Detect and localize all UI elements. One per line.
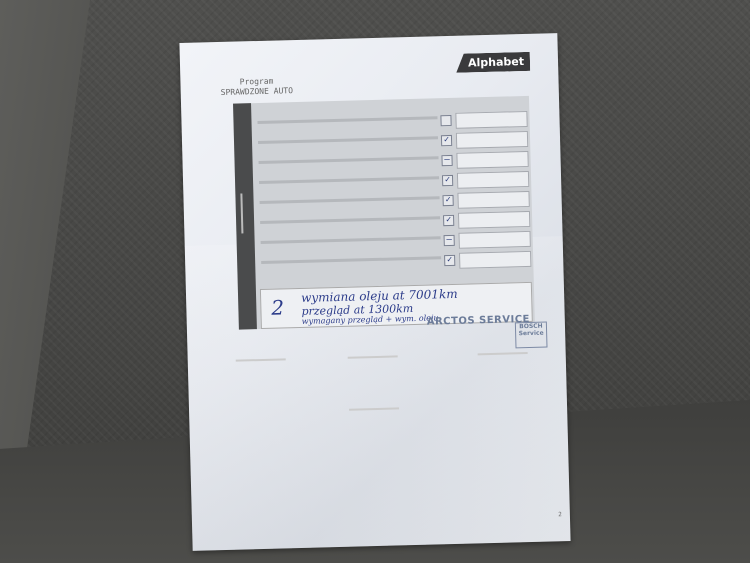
row-text	[261, 236, 441, 244]
service-stamp: ARCTOS SERVICE BOSCH Service	[427, 314, 548, 357]
row-checkbox: ✓	[441, 135, 452, 146]
row-checkbox: —	[444, 235, 455, 246]
program-title-line2: SPRAWDZONE AUTO	[221, 86, 293, 98]
badge-line-2: Service	[516, 330, 546, 338]
row-text	[260, 196, 440, 204]
row-checkbox: ✓	[442, 195, 453, 206]
bosch-service-badge: BOSCH Service	[515, 322, 548, 349]
row-checkbox: ✓	[443, 215, 454, 226]
service-form-paper: Alphabet Program SPRAWDZONE AUTO ✓ — ✓ ✓…	[179, 33, 570, 551]
row-checkbox: ✓	[442, 175, 453, 186]
row-comment-box	[457, 171, 529, 189]
row-text	[259, 156, 439, 164]
row-comment-box	[456, 151, 528, 169]
row-text	[260, 216, 440, 224]
page-number: 2	[558, 511, 562, 518]
alphabet-logo: Alphabet	[456, 52, 530, 73]
row-text	[257, 116, 437, 124]
row-checkbox	[440, 115, 451, 126]
row-checkbox: ✓	[444, 255, 455, 266]
row-comment-box	[457, 191, 529, 209]
row-text	[259, 176, 439, 184]
row-comment-box	[458, 231, 530, 249]
handwritten-number: 2	[271, 295, 284, 319]
row-checkbox: —	[441, 155, 452, 166]
row-comment-box	[456, 131, 528, 149]
program-title: Program SPRAWDZONE AUTO	[220, 76, 293, 98]
row-text	[258, 136, 438, 144]
row-comment-box	[455, 111, 527, 129]
checklist-form: ✓ — ✓ ✓ ✓ — ✓ 2 wymiana oleju at 7001km …	[233, 96, 535, 330]
row-comment-box	[459, 251, 531, 269]
side-band-label	[240, 193, 243, 233]
row-comment-box	[458, 211, 530, 229]
row-text	[261, 256, 441, 264]
